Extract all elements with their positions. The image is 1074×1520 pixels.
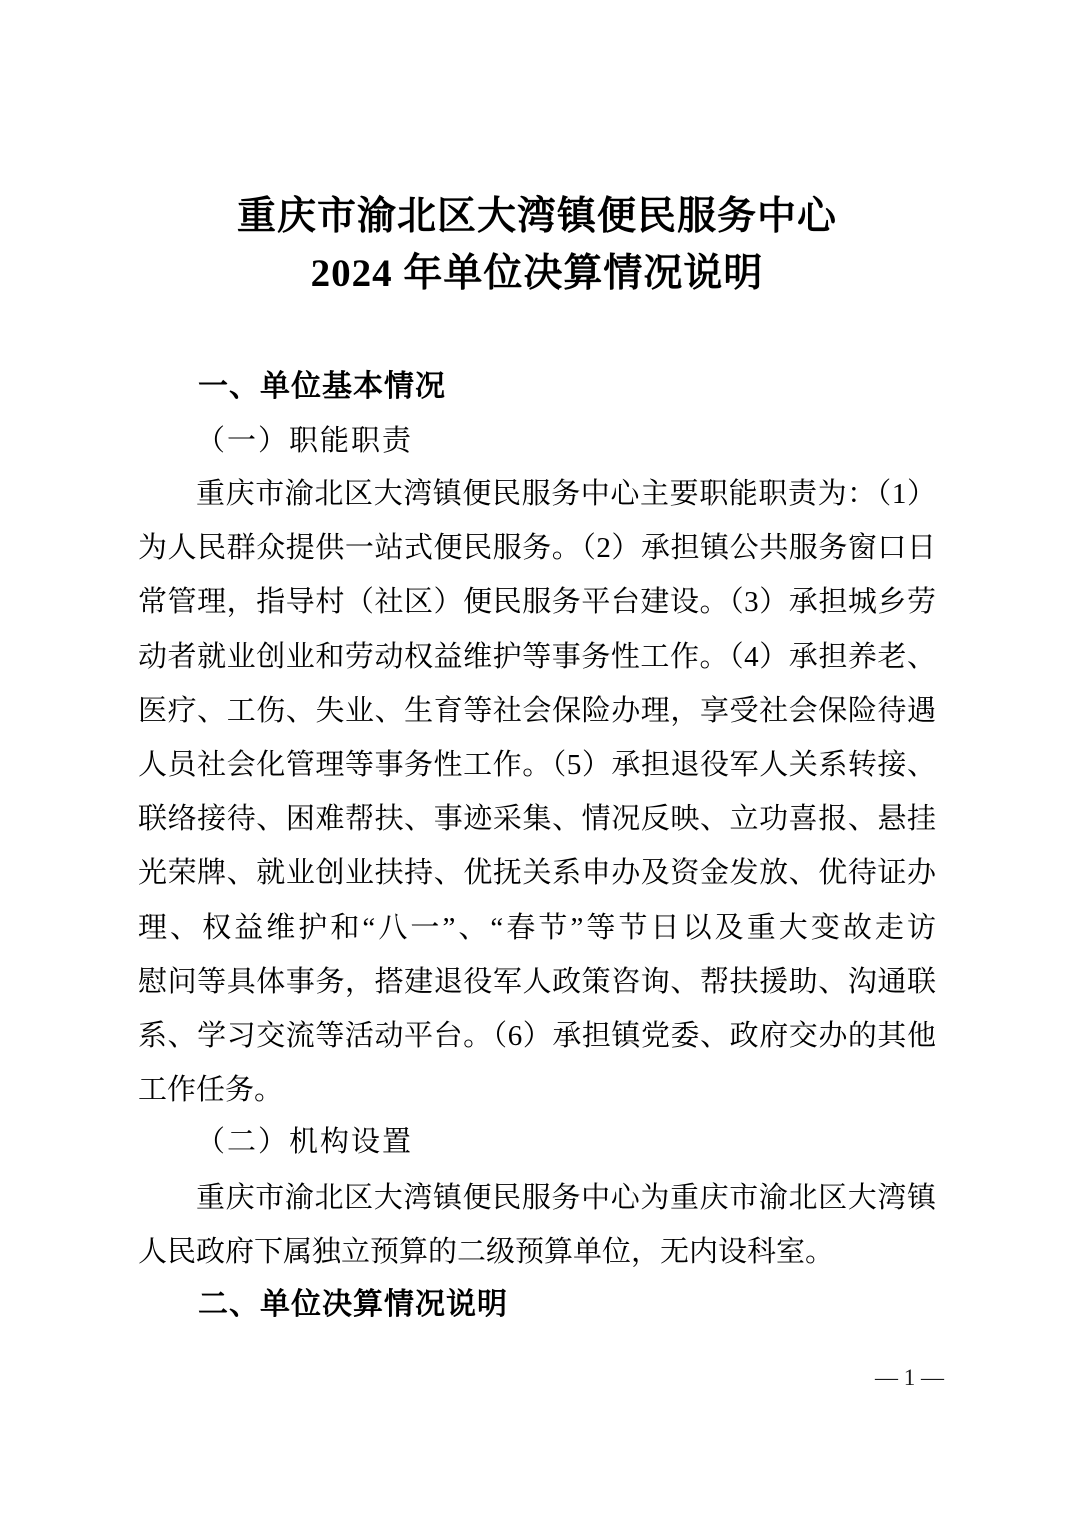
body-line: 系、学习交流等活动平台。（6）承担镇党委、政府交办的其他 bbox=[138, 1009, 936, 1063]
subsection-heading-duties: （一）职能职责 bbox=[138, 420, 936, 462]
body-line: 光荣牌、就业创业扶持、优抚关系申办及资金发放、优待证办 bbox=[138, 846, 936, 900]
body-line: 动者就业创业和劳动权益维护等事务性工作。（4）承担养老、 bbox=[138, 630, 936, 684]
body-line: 人民政府下属独立预算的二级预算单位，无内设科室。 bbox=[138, 1225, 936, 1279]
body-line: 医疗、工伤、失业、生育等社会保险办理，享受社会保险待遇 bbox=[138, 684, 936, 738]
body-line: 重庆市渝北区大湾镇便民服务中心主要职能职责为：（1） bbox=[138, 467, 936, 521]
page-number: — 1 — bbox=[875, 1363, 944, 1393]
section-heading-final-accounts: 二、单位决算情况说明 bbox=[138, 1284, 936, 1326]
subsection-heading-structure: （二）机构设置 bbox=[138, 1121, 936, 1163]
document-title-line2: 2024 年单位决算情况说明 bbox=[138, 245, 936, 302]
document-title-line1: 重庆市渝北区大湾镇便民服务中心 bbox=[138, 188, 936, 245]
body-line: 重庆市渝北区大湾镇便民服务中心为重庆市渝北区大湾镇 bbox=[138, 1171, 936, 1225]
body-line: 常管理，指导村（社区）便民服务平台建设。（3）承担城乡劳 bbox=[138, 575, 936, 629]
body-line: 慰问等具体事务，搭建退役军人政策咨询、帮扶援助、沟通联 bbox=[138, 955, 936, 1009]
body-line: 人员社会化管理等事务性工作。（5）承担退役军人关系转接、 bbox=[138, 738, 936, 792]
paragraph-structure: 重庆市渝北区大湾镇便民服务中心为重庆市渝北区大湾镇 人民政府下属独立预算的二级预… bbox=[138, 1171, 936, 1279]
body-line: 工作任务。 bbox=[138, 1063, 936, 1117]
body-line: 联络接待、困难帮扶、事迹采集、情况反映、立功喜报、悬挂 bbox=[138, 792, 936, 846]
document-page: 重庆市渝北区大湾镇便民服务中心 2024 年单位决算情况说明 一、单位基本情况 … bbox=[0, 0, 1074, 1520]
paragraph-duties: 重庆市渝北区大湾镇便民服务中心主要职能职责为：（1） 为人民群众提供一站式便民服… bbox=[138, 467, 936, 1117]
section-heading-basic-info: 一、单位基本情况 bbox=[138, 366, 936, 408]
body-line: 为人民群众提供一站式便民服务。（2）承担镇公共服务窗口日 bbox=[138, 521, 936, 575]
body-line: 理、权益维护和“八一”、“春节”等节日以及重大变故走访 bbox=[138, 901, 936, 955]
document-title: 重庆市渝北区大湾镇便民服务中心 2024 年单位决算情况说明 bbox=[138, 188, 936, 302]
